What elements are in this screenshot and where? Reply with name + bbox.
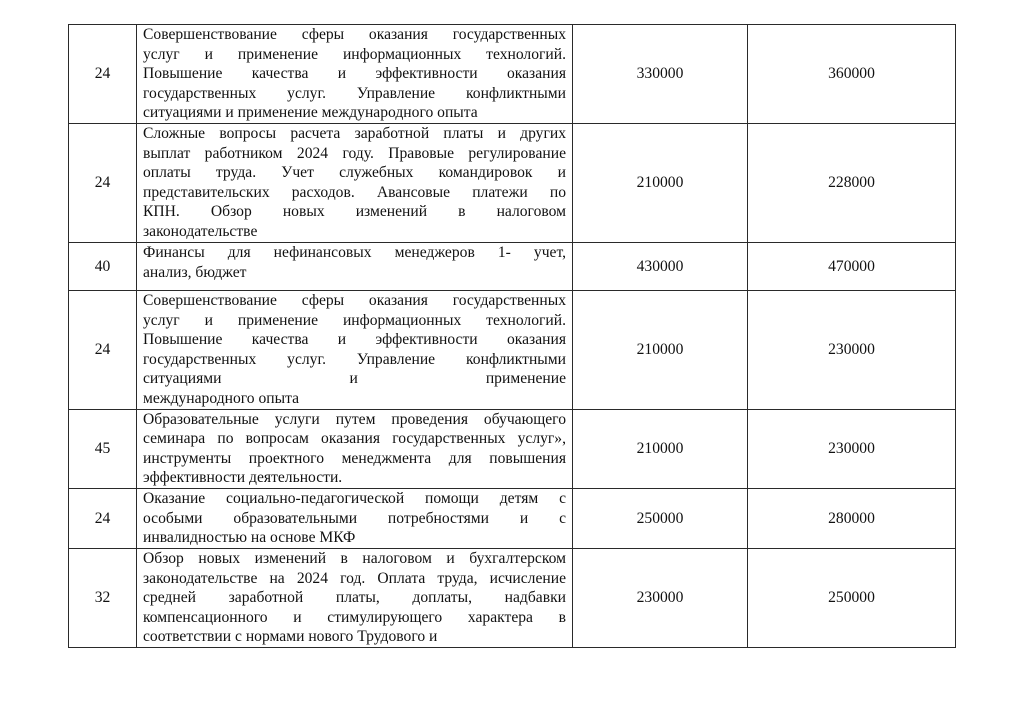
hours-cell: 24 [69, 488, 137, 548]
price-cell-1: 210000 [573, 291, 748, 410]
course-description-cell: Образовательные услуги путем проведения … [137, 409, 573, 488]
table-body: 24 Совершенствование сферы оказания госу… [69, 25, 956, 648]
description-line: КПН. Обзор новых изменений в налоговом [143, 202, 566, 222]
course-description-cell: Совершенствование сферы оказания государ… [137, 291, 573, 410]
description-line: выплат работником 2024 году. Правовые ре… [143, 144, 566, 164]
price-cell-1: 230000 [573, 548, 748, 647]
description-line: эффективности деятельности. [143, 468, 566, 488]
description-line: анализ, бюджет [143, 263, 566, 283]
table-row: 24 Совершенствование сферы оказания госу… [69, 291, 956, 410]
price-cell-1: 430000 [573, 243, 748, 291]
description-line: инструменты проектного менеджмента для п… [143, 449, 566, 469]
description-line: услуг и применение информационных технол… [143, 45, 566, 65]
description-line: соответствии с нормами нового Трудового … [143, 627, 566, 647]
price-cell-2: 250000 [748, 548, 956, 647]
hours-cell: 24 [69, 124, 137, 243]
hours-cell: 45 [69, 409, 137, 488]
course-description-cell: Обзор новых изменений в налоговом и бухг… [137, 548, 573, 647]
table-row: 24 Оказание социально-педагогической пом… [69, 488, 956, 548]
course-description-cell: Оказание социально-педагогической помощи… [137, 488, 573, 548]
hours-cell: 32 [69, 548, 137, 647]
description-line: представительских расходов. Авансовые пл… [143, 183, 566, 203]
table-row: 45 Образовательные услуги путем проведен… [69, 409, 956, 488]
description-line: ситуациями и применение международного о… [143, 103, 566, 123]
price-cell-2: 470000 [748, 243, 956, 291]
price-cell-1: 330000 [573, 25, 748, 124]
description-line: законодательстве на 2024 год. Оплата тру… [143, 569, 566, 589]
document-page: 24 Совершенствование сферы оказания госу… [0, 0, 1024, 721]
hours-cell: 24 [69, 291, 137, 410]
price-cell-1: 210000 [573, 124, 748, 243]
description-line: международного опыта [143, 389, 566, 409]
description-line: Повышение качества и эффективности оказа… [143, 330, 566, 350]
description-line: Финансы для нефинансовых менеджеров 1- у… [143, 243, 566, 263]
description-line: услуг и применение информационных технол… [143, 311, 566, 331]
price-cell-2: 228000 [748, 124, 956, 243]
description-line: оплаты труда. Учет служебных командирово… [143, 163, 566, 183]
table-row: 24 Сложные вопросы расчета заработной пл… [69, 124, 956, 243]
description-line: ситуациями и применение [143, 369, 566, 389]
course-description-cell: Финансы для нефинансовых менеджеров 1- у… [137, 243, 573, 291]
description-line: Совершенствование сферы оказания государ… [143, 291, 566, 311]
description-line: Совершенствование сферы оказания государ… [143, 25, 566, 45]
description-line: средней заработной платы, доплаты, надба… [143, 588, 566, 608]
price-cell-1: 250000 [573, 488, 748, 548]
description-line: государственных услуг. Управление конфли… [143, 84, 566, 104]
course-description-cell: Совершенствование сферы оказания государ… [137, 25, 573, 124]
description-line: Сложные вопросы расчета заработной платы… [143, 124, 566, 144]
hours-cell: 40 [69, 243, 137, 291]
hours-cell: 24 [69, 25, 137, 124]
price-cell-2: 360000 [748, 25, 956, 124]
table-row: 40 Финансы для нефинансовых менеджеров 1… [69, 243, 956, 291]
table-row: 32 Обзор новых изменений в налоговом и б… [69, 548, 956, 647]
description-line: законодательстве [143, 222, 566, 242]
table-row: 24 Совершенствование сферы оказания госу… [69, 25, 956, 124]
price-cell-2: 230000 [748, 409, 956, 488]
course-description-cell: Сложные вопросы расчета заработной платы… [137, 124, 573, 243]
price-cell-2: 280000 [748, 488, 956, 548]
description-line: компенсационного и стимулирующего характ… [143, 608, 566, 628]
description-line: Образовательные услуги путем проведения … [143, 410, 566, 430]
description-line: особыми образовательными потребностями и… [143, 509, 566, 529]
course-price-table: 24 Совершенствование сферы оказания госу… [68, 24, 956, 648]
description-line: семинара по вопросам оказания государств… [143, 429, 566, 449]
description-line: государственных услуг. Управление конфли… [143, 350, 566, 370]
description-line: Оказание социально-педагогической помощи… [143, 489, 566, 509]
price-cell-2: 230000 [748, 291, 956, 410]
description-line: Повышение качества и эффективности оказа… [143, 64, 566, 84]
description-line: инвалидностью на основе МКФ [143, 528, 566, 548]
description-line: Обзор новых изменений в налоговом и бухг… [143, 549, 566, 569]
price-cell-1: 210000 [573, 409, 748, 488]
